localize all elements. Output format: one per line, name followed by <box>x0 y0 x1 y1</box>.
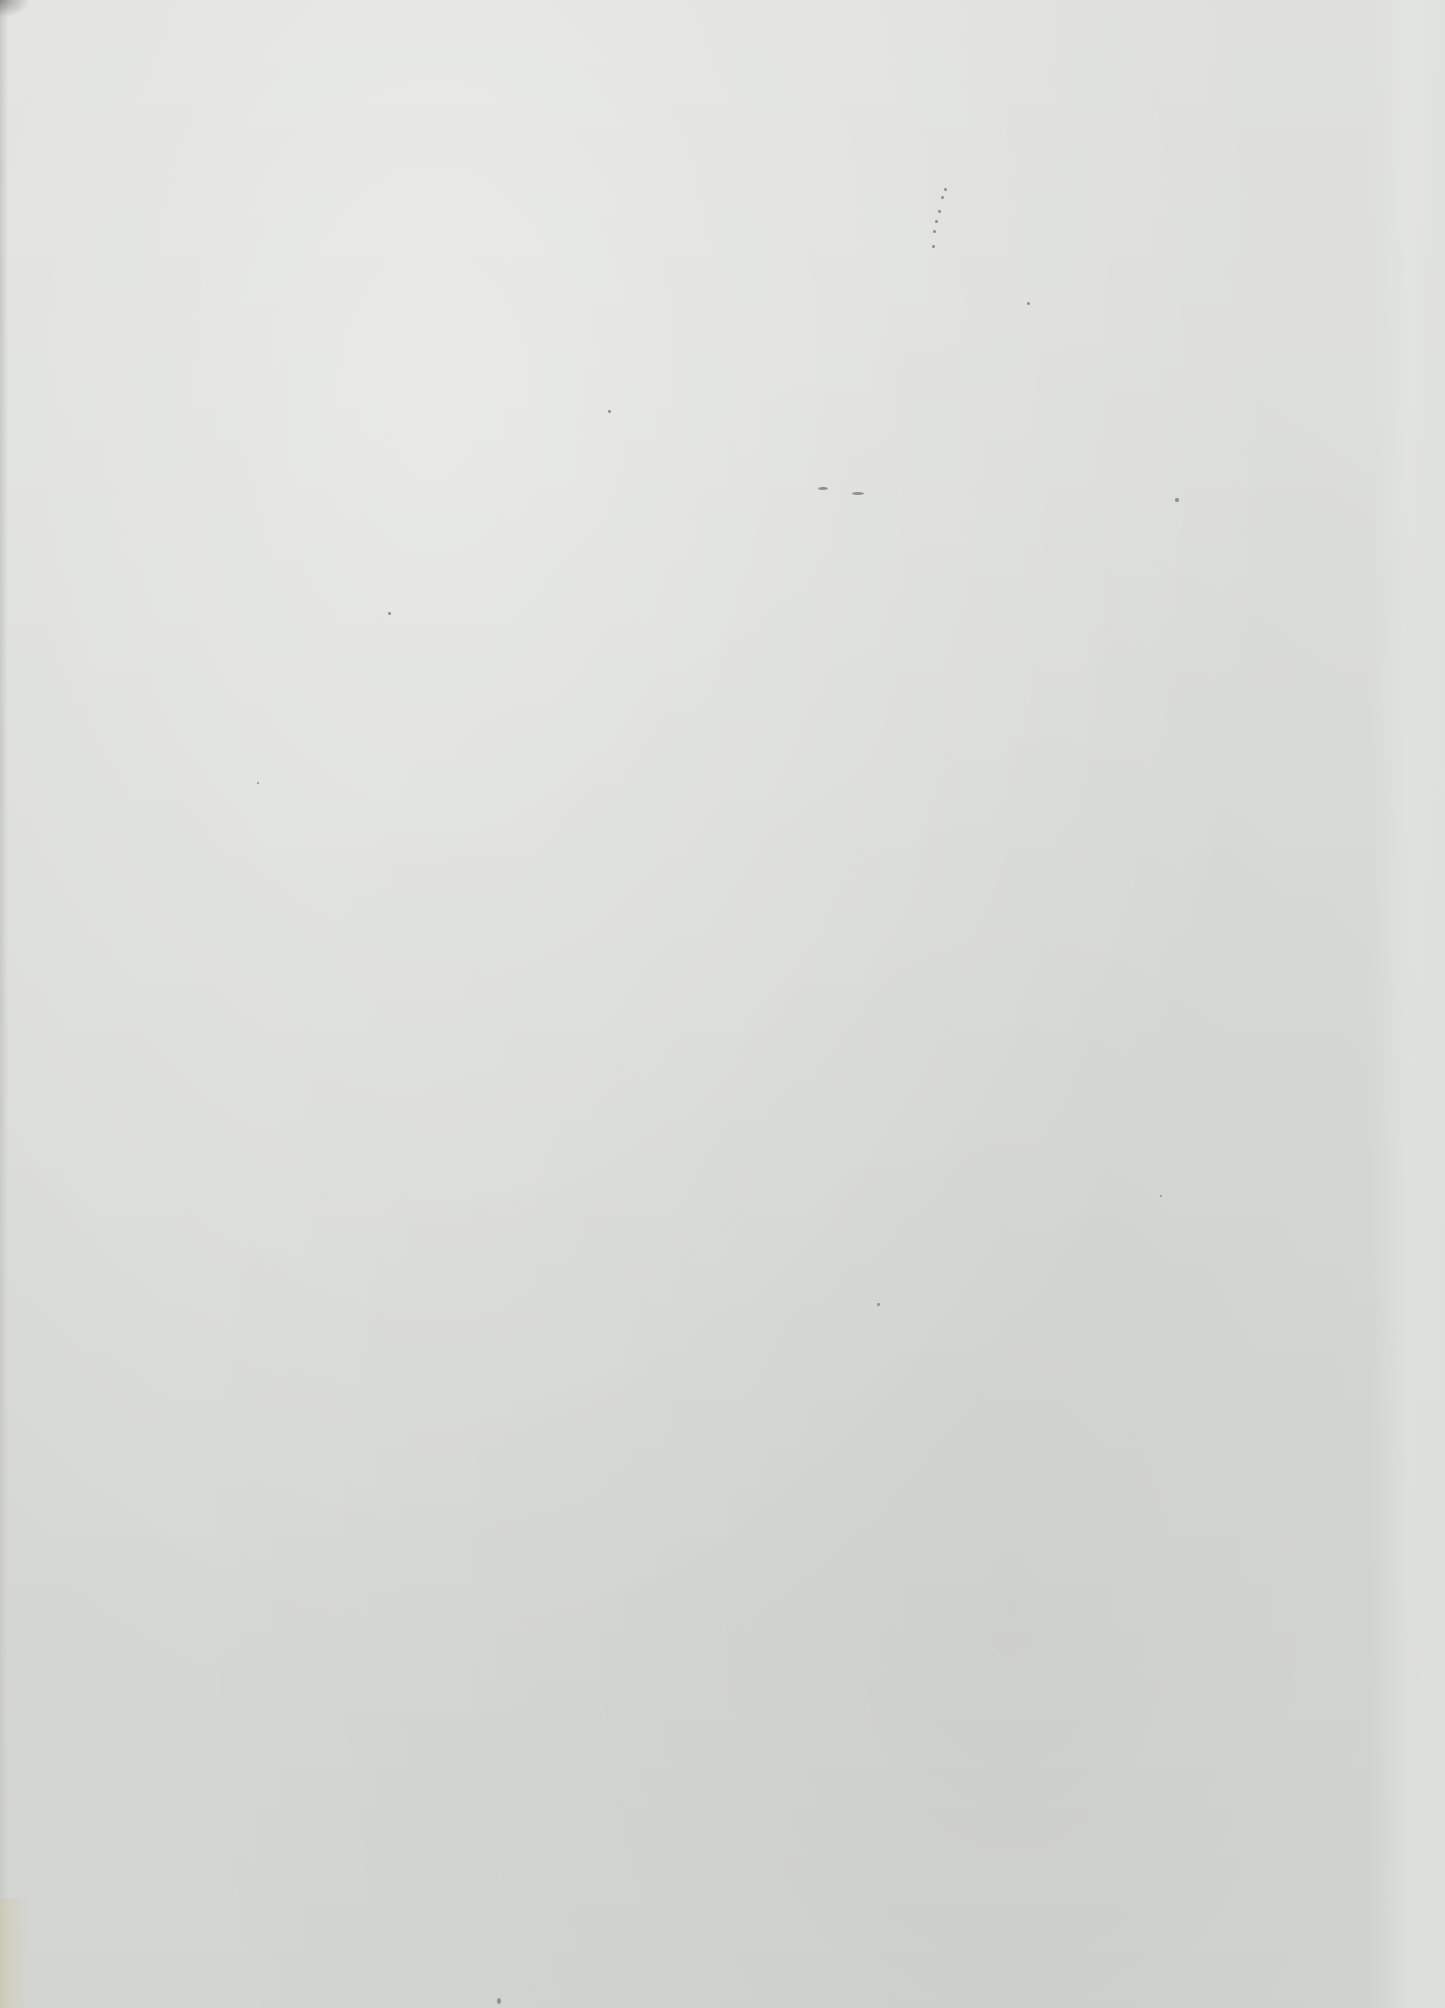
paper-left-edge <box>0 0 8 2008</box>
blank-paper-sheet <box>0 0 1445 2008</box>
bottom-left-tint <box>0 1898 30 2008</box>
paper-speck <box>941 196 944 199</box>
paper-speck <box>1175 498 1179 502</box>
paper-speck <box>933 230 936 233</box>
paper-speck <box>877 1303 880 1306</box>
paper-right-edge-highlight <box>1370 0 1445 2008</box>
paper-speck <box>818 487 828 490</box>
paper-speck <box>938 210 941 213</box>
paper-speck <box>608 410 611 413</box>
paper-speck <box>944 188 947 191</box>
paper-speck <box>1027 302 1030 305</box>
paper-speck <box>388 612 391 615</box>
paper-speck <box>257 782 259 784</box>
paper-speck <box>852 492 864 495</box>
top-left-corner-shadow <box>0 0 30 18</box>
paper-speck <box>932 245 935 248</box>
paper-speck <box>497 1998 501 2004</box>
paper-speck <box>935 220 938 223</box>
paper-speck <box>1160 1195 1162 1197</box>
